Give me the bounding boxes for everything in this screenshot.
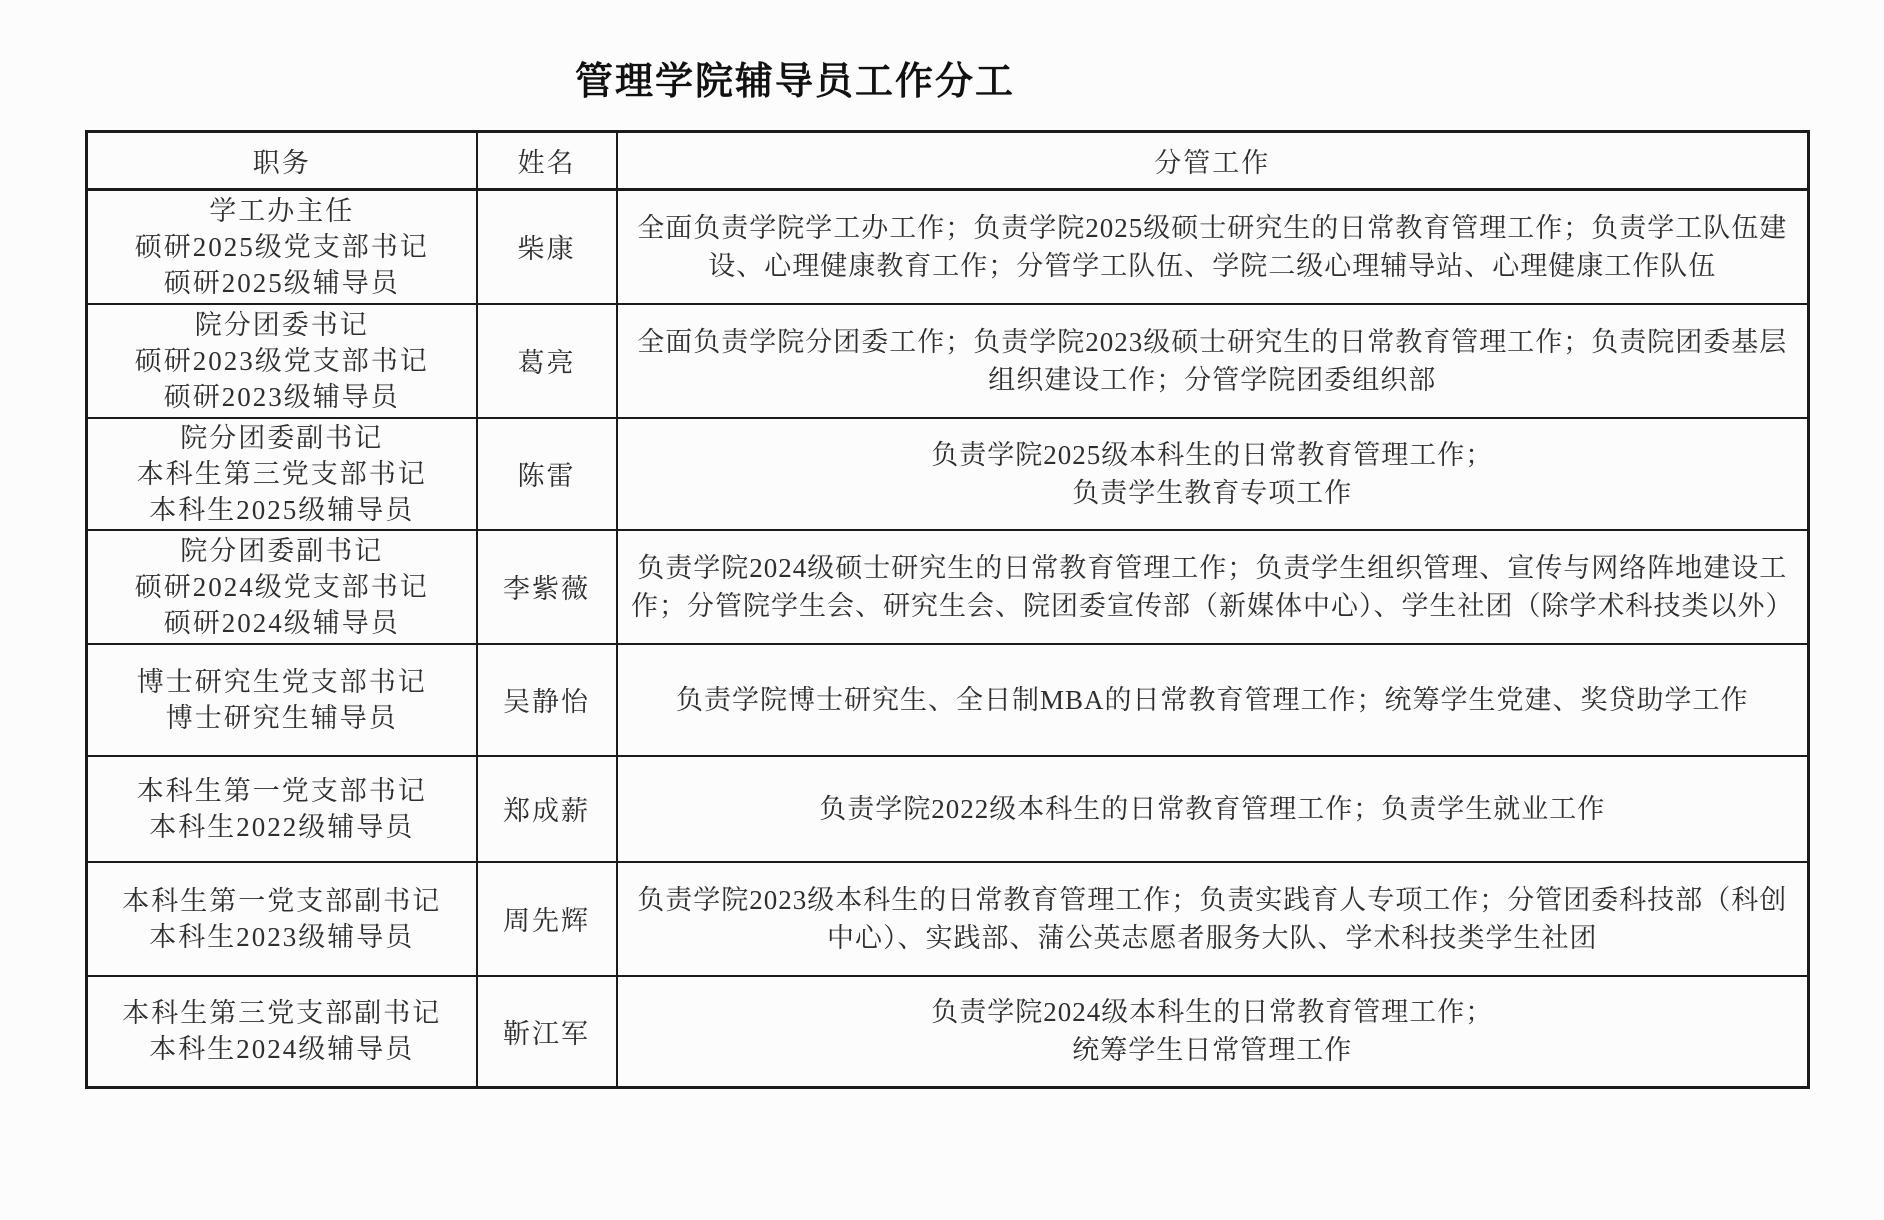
duties-cell: 负责学院2024级本科生的日常教育管理工作； 统筹学生日常管理工作 [617, 976, 1809, 1088]
position-line: 本科生第三党支部书记 [88, 456, 476, 492]
table-row: 本科生第一党支部副书记 本科生2023级辅导员 周先辉 负责学院2023级本科生… [87, 862, 1809, 976]
counselor-duty-table: 职务 姓名 分管工作 学工办主任 硕研2025级党支部书记 硕研2025级辅导员… [85, 130, 1810, 1089]
position-line: 本科生第三党支部副书记 [88, 995, 476, 1031]
table-row: 院分团委副书记 硕研2024级党支部书记 硕研2024级辅导员 李紫薇 负责学院… [87, 530, 1809, 644]
duty-text: 负责学院2025级本科生的日常教育管理工作； [628, 436, 1798, 474]
position-cell: 本科生第三党支部副书记 本科生2024级辅导员 [87, 976, 477, 1088]
position-cell: 院分团委副书记 本科生第三党支部书记 本科生2025级辅导员 [87, 418, 477, 530]
position-line: 硕研2024级党支部书记 [88, 569, 476, 605]
name-cell: 柴康 [477, 190, 617, 304]
position-line: 硕研2023级党支部书记 [88, 343, 476, 379]
table-row: 本科生第三党支部副书记 本科生2024级辅导员 靳江军 负责学院2024级本科生… [87, 976, 1809, 1088]
header-position: 职务 [87, 132, 477, 190]
duty-text: 负责学院博士研究生、全日制MBA的日常教育管理工作；统筹学生党建、奖贷助学工作 [628, 681, 1798, 719]
position-line: 博士研究生辅导员 [88, 700, 476, 736]
position-cell: 博士研究生党支部书记 博士研究生辅导员 [87, 644, 477, 756]
position-line: 院分团委副书记 [88, 533, 476, 569]
position-line: 本科生2024级辅导员 [88, 1031, 476, 1067]
position-line: 硕研2024级辅导员 [88, 605, 476, 641]
duty-text: 负责学院2024级本科生的日常教育管理工作； [628, 993, 1798, 1031]
position-line: 博士研究生党支部书记 [88, 664, 476, 700]
duty-text: 全面负责学院分团委工作；负责学院2023级硕士研究生的日常教育管理工作；负责院团… [628, 323, 1798, 399]
name-cell: 靳江军 [477, 976, 617, 1088]
name-cell: 周先辉 [477, 862, 617, 976]
position-cell: 学工办主任 硕研2025级党支部书记 硕研2025级辅导员 [87, 190, 477, 304]
duties-cell: 负责学院2025级本科生的日常教育管理工作； 负责学生教育专项工作 [617, 418, 1809, 530]
duty-text: 负责学院2024级硕士研究生的日常教育管理工作；负责学生组织管理、宣传与网络阵地… [628, 549, 1798, 625]
document-page: 管理学院辅导员工作分工 职务 姓名 分管工作 学工办主任 硕研2025级党支部书… [0, 0, 1884, 1220]
position-cell: 院分团委书记 硕研2023级党支部书记 硕研2023级辅导员 [87, 304, 477, 418]
duties-cell: 负责学院2024级硕士研究生的日常教育管理工作；负责学生组织管理、宣传与网络阵地… [617, 530, 1809, 644]
header-name: 姓名 [477, 132, 617, 190]
position-line: 院分团委书记 [88, 307, 476, 343]
duty-text: 统筹学生日常管理工作 [628, 1031, 1798, 1069]
name-cell: 李紫薇 [477, 530, 617, 644]
position-cell: 本科生第一党支部副书记 本科生2023级辅导员 [87, 862, 477, 976]
duties-cell: 全面负责学院分团委工作；负责学院2023级硕士研究生的日常教育管理工作；负责院团… [617, 304, 1809, 418]
duties-cell: 负责学院2022级本科生的日常教育管理工作；负责学生就业工作 [617, 756, 1809, 862]
position-line: 本科生2022级辅导员 [88, 809, 476, 845]
name-cell: 陈雷 [477, 418, 617, 530]
position-cell: 本科生第一党支部书记 本科生2022级辅导员 [87, 756, 477, 862]
table-header-row: 职务 姓名 分管工作 [87, 132, 1809, 190]
duty-text: 负责学院2022级本科生的日常教育管理工作；负责学生就业工作 [628, 790, 1798, 828]
table-row: 博士研究生党支部书记 博士研究生辅导员 吴静怡 负责学院博士研究生、全日制MBA… [87, 644, 1809, 756]
header-duties: 分管工作 [617, 132, 1809, 190]
table-row: 本科生第一党支部书记 本科生2022级辅导员 郑成薪 负责学院2022级本科生的… [87, 756, 1809, 862]
table-row: 学工办主任 硕研2025级党支部书记 硕研2025级辅导员 柴康 全面负责学院学… [87, 190, 1809, 304]
position-line: 院分团委副书记 [88, 420, 476, 456]
position-line: 硕研2025级辅导员 [88, 265, 476, 301]
position-line: 学工办主任 [88, 193, 476, 229]
duties-cell: 负责学院博士研究生、全日制MBA的日常教育管理工作；统筹学生党建、奖贷助学工作 [617, 644, 1809, 756]
name-cell: 葛亮 [477, 304, 617, 418]
duties-cell: 负责学院2023级本科生的日常教育管理工作；负责实践育人专项工作；分管团委科技部… [617, 862, 1809, 976]
page-title: 管理学院辅导员工作分工 [0, 50, 1590, 105]
position-cell: 院分团委副书记 硕研2024级党支部书记 硕研2024级辅导员 [87, 530, 477, 644]
duties-cell: 全面负责学院学工办工作；负责学院2025级硕士研究生的日常教育管理工作；负责学工… [617, 190, 1809, 304]
position-line: 本科生第一党支部书记 [88, 773, 476, 809]
duty-text: 负责学生教育专项工作 [628, 474, 1798, 512]
position-line: 硕研2025级党支部书记 [88, 229, 476, 265]
table-row: 院分团委书记 硕研2023级党支部书记 硕研2023级辅导员 葛亮 全面负责学院… [87, 304, 1809, 418]
duty-text: 负责学院2023级本科生的日常教育管理工作；负责实践育人专项工作；分管团委科技部… [628, 881, 1798, 957]
duty-text: 全面负责学院学工办工作；负责学院2025级硕士研究生的日常教育管理工作；负责学工… [628, 209, 1798, 285]
table-row: 院分团委副书记 本科生第三党支部书记 本科生2025级辅导员 陈雷 负责学院20… [87, 418, 1809, 530]
name-cell: 吴静怡 [477, 644, 617, 756]
position-line: 本科生第一党支部副书记 [88, 883, 476, 919]
name-cell: 郑成薪 [477, 756, 617, 862]
position-line: 本科生2023级辅导员 [88, 919, 476, 955]
position-line: 硕研2023级辅导员 [88, 379, 476, 415]
position-line: 本科生2025级辅导员 [88, 492, 476, 528]
